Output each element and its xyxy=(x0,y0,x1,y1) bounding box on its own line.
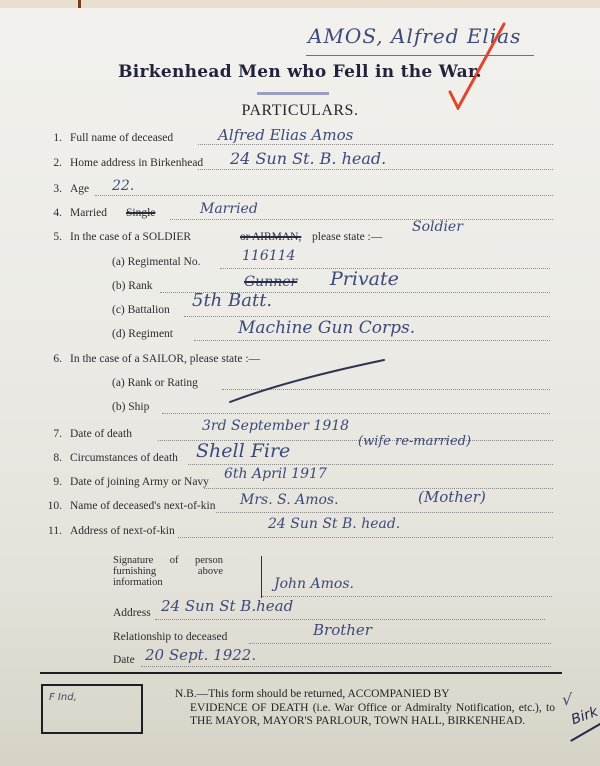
field-value: 6th April 1917 xyxy=(224,466,327,482)
field-rank: (b) Rank Gunner Private xyxy=(112,280,552,296)
field-value: Machine Gun Corps. xyxy=(238,318,415,338)
office-use-box: F Ind, xyxy=(41,684,143,734)
field-value: 3rd September 1918 xyxy=(202,418,349,434)
field-number: 2. xyxy=(40,157,62,169)
field-line xyxy=(162,413,550,414)
field-label: Home address in Birkenhead xyxy=(70,157,203,169)
footer-divider xyxy=(40,672,562,674)
signature-value: John Amos. xyxy=(274,576,354,592)
field-married: 4. Married Single Married xyxy=(40,207,560,223)
field-line xyxy=(178,537,553,538)
field-regiment: (d) Regiment Machine Gun Corps. xyxy=(112,328,552,344)
field-label: Married xyxy=(70,207,107,219)
field-next-of-kin-address: 11. Address of next-of-kin 24 Sun St B. … xyxy=(40,525,560,541)
check-mark-icon: √ xyxy=(562,690,572,709)
field-number: 5. xyxy=(40,231,62,243)
nb-notice: N.B.—This form should be returned, ACCOM… xyxy=(175,688,555,729)
field-label: Name of deceased's next-of-kin xyxy=(70,500,215,512)
field-line xyxy=(262,596,552,597)
nb-line-1: N.B.—This form should be returned, ACCOM… xyxy=(175,688,555,702)
field-number: 10. xyxy=(40,500,62,512)
field-label: Circumstances of death xyxy=(70,452,178,464)
box-initials: F Ind, xyxy=(49,692,77,703)
field-value: 116114 xyxy=(242,248,295,264)
field-signature: John Amos. xyxy=(262,584,562,600)
field-label-struck: Single xyxy=(126,207,155,219)
field-value: Mrs. S. Amos. xyxy=(240,492,339,508)
field-number: 4. xyxy=(40,207,62,219)
field-line xyxy=(198,169,553,170)
field-value: Alfred Elias Amos xyxy=(218,126,353,144)
field-number: 8. xyxy=(40,452,62,464)
field-number: 6. xyxy=(40,353,62,365)
field-value: Brother xyxy=(313,621,372,639)
field-line xyxy=(184,316,550,317)
field-number: 3. xyxy=(40,183,62,195)
field-label: Relationship to deceased xyxy=(113,631,227,643)
field-value: 22. xyxy=(112,178,134,194)
field-value: 24 Sun St. B. head. xyxy=(230,149,386,168)
field-label-suffix: please state :— xyxy=(312,231,382,243)
field-line xyxy=(170,219,553,220)
field-line xyxy=(141,666,551,667)
field-home-address: 2. Home address in Birkenhead 24 Sun St.… xyxy=(40,157,560,173)
field-line xyxy=(204,488,553,489)
field-value: 24 Sun St B. head. xyxy=(268,516,400,532)
field-next-of-kin: 10. Name of deceased's next-of-kin Mrs. … xyxy=(40,500,560,516)
field-value: Private xyxy=(330,268,399,290)
signature-label: Signature of person furnishing above inf… xyxy=(113,555,223,588)
cancel-stroke xyxy=(228,356,388,406)
field-label: (b) Rank xyxy=(112,280,153,292)
field-line xyxy=(155,619,545,620)
field-value: 20 Sept. 1922. xyxy=(145,646,256,664)
form-subtitle: PARTICULARS. xyxy=(0,102,600,120)
nb-line-2: EVIDENCE OF DEATH (i.e. War Office or Ad… xyxy=(175,702,555,729)
field-label: Date of joining Army or Navy xyxy=(70,476,209,488)
field-number: 11. xyxy=(40,525,62,537)
field-line xyxy=(194,340,550,341)
field-line xyxy=(95,195,553,196)
field-age: 3. Age 22. xyxy=(40,183,560,199)
field-line xyxy=(188,464,553,465)
field-date-of-death: 7. Date of death 3rd September 1918 xyxy=(40,428,560,444)
field-label: Date xyxy=(113,654,135,666)
field-label: Address xyxy=(113,607,151,619)
field-line xyxy=(198,144,553,145)
field-value: 24 Sun St B.head xyxy=(161,597,293,615)
field-label: Address of next-of-kin xyxy=(70,525,175,537)
field-label: (a) Rank or Rating xyxy=(112,377,198,389)
field-label: Age xyxy=(70,183,89,195)
field-note: (wife re-married) xyxy=(358,434,471,449)
field-full-name: 1. Full name of deceased Alfred Elias Am… xyxy=(40,132,560,148)
field-label: Date of death xyxy=(70,428,132,440)
field-number: 1. xyxy=(40,132,62,144)
field-label: (a) Regimental No. xyxy=(112,256,200,268)
title-underline xyxy=(257,92,329,95)
field-date-signed: Date 20 Sept. 1922. xyxy=(113,654,553,670)
field-number: 7. xyxy=(40,428,62,440)
field-line xyxy=(249,643,551,644)
field-soldier-airman: 5. In the case of a SOLDIER or AIRMAN, p… xyxy=(40,231,560,247)
field-value: Married xyxy=(200,201,258,217)
field-value: Soldier xyxy=(412,219,463,235)
field-value: 5th Batt. xyxy=(192,290,272,311)
field-label: (c) Battalion xyxy=(112,304,170,316)
field-label: In the case of a SOLDIER xyxy=(70,231,191,243)
field-label: Full name of deceased xyxy=(70,132,173,144)
field-label-struck: or AIRMAN, xyxy=(240,231,301,243)
field-label: (b) Ship xyxy=(112,401,149,413)
field-line xyxy=(216,512,553,513)
field-note: (Mother) xyxy=(418,488,486,506)
struck-value: Gunner xyxy=(244,274,297,290)
field-value: Shell Fire xyxy=(196,440,290,462)
field-relationship: Relationship to deceased Brother xyxy=(113,631,553,647)
form-title: Birkenhead Men who Fell in the War. xyxy=(0,62,600,82)
field-label: (d) Regiment xyxy=(112,328,173,340)
field-number: 9. xyxy=(40,476,62,488)
